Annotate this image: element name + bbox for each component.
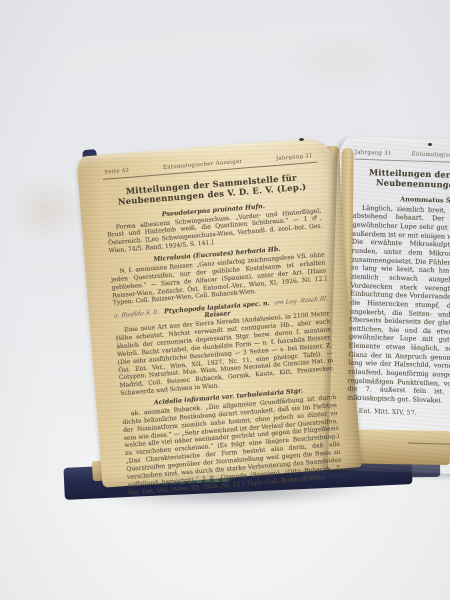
volume-label: Jahrgang 31 <box>355 150 392 157</box>
citation-line: Ent. Mitt. XIV, 57. <box>347 406 450 419</box>
right-page: Jahrgang 31 Entomologischer Anzeiger Mit… <box>328 136 450 476</box>
journal-name-label: Entomologischer Anzeiger <box>163 159 243 171</box>
page-edge-speck <box>299 138 304 141</box>
right-running-head: Jahrgang 31 Entomologischer Anzeiger <box>355 150 450 165</box>
taxon-body: ab. anomala Bubacek. „Die allgemeine Gru… <box>122 394 343 497</box>
taxon-entry: Acidalia infirmaria var. turbulentaria S… <box>121 385 343 497</box>
taxon-entry: a. Rusfida S. lt. Ptychopoda lapistaria … <box>114 295 335 398</box>
separator-rule <box>408 442 450 448</box>
volume-label: Jahrgang 31 <box>276 153 313 162</box>
photo-stage: Seite 42 Entomologischer Anzeiger Jahrga… <box>0 0 450 600</box>
journal-name-label: Entomologischer Anzeiger <box>412 151 450 159</box>
backdrop-stain <box>6 175 86 245</box>
taxon-body: Länglich, ziemlich breit, ziemlich abgef… <box>347 203 450 408</box>
handwritten-annotation: a. Rusfida S. lt. <box>113 309 159 319</box>
section-title-line2: Neubenennungen des V. D. E. V. <box>354 177 450 194</box>
page-edge-speck <box>428 143 432 146</box>
handwritten-annotation: am Lag. Rzsak Rl. <box>274 296 328 306</box>
taxon-entry: Anommatus Šorsori Roubal. Länglich, ziem… <box>347 193 450 419</box>
left-page: Seite 42 Entomologischer Anzeiger Jahrga… <box>76 136 362 488</box>
page-number-label: Seite 42 <box>104 168 129 176</box>
section-title: Mitteilungen der Sammelstelle für Neuben… <box>354 166 450 193</box>
backdrop-stain <box>290 30 400 90</box>
